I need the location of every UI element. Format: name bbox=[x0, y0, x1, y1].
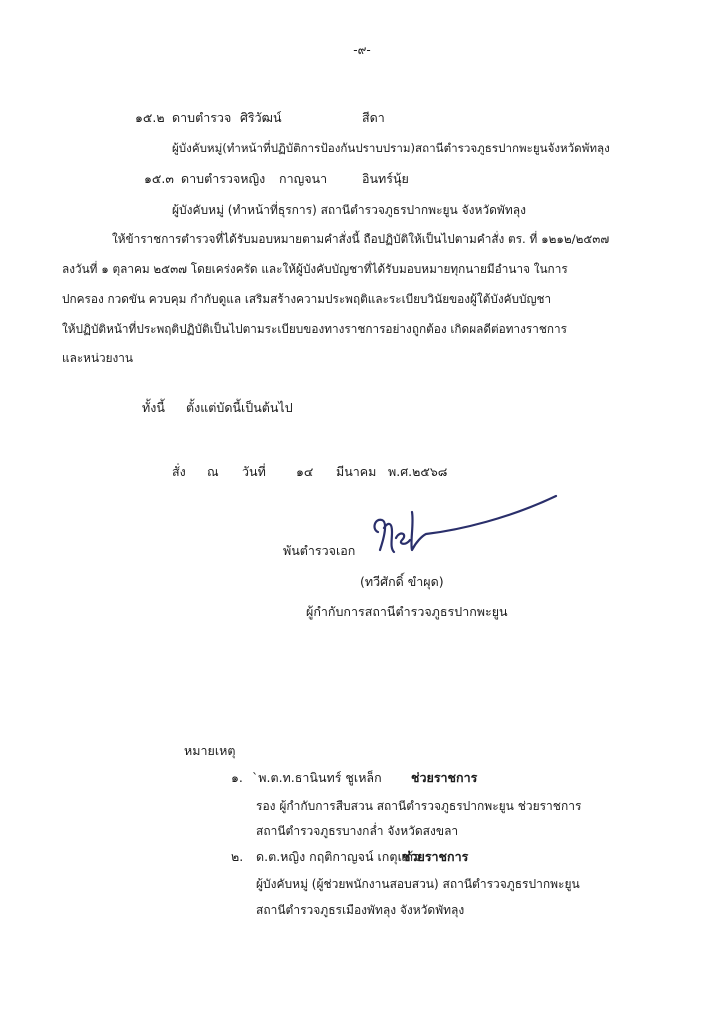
personnel-last-name: สีดา bbox=[362, 112, 385, 125]
personnel-rank: ดาบตำรวจหญิง bbox=[181, 173, 265, 186]
paragraph-line: ให้ปฏิบัติหน้าที่ประพฤติปฏิบัติเป็นไปตาม… bbox=[62, 324, 567, 336]
personnel-first-name: กาญจนา bbox=[279, 173, 327, 186]
order-day: ๑๔ bbox=[296, 466, 313, 479]
order-prefix: สั่ง bbox=[172, 466, 186, 479]
page-number: -๙- bbox=[0, 44, 724, 56]
remark-line: ผู้บังคับหมู่ (ผู้ช่วยพนักงานสอบสวน) สถา… bbox=[256, 878, 580, 890]
remark-number: ๑. bbox=[231, 772, 243, 785]
order-year: พ.ศ.๒๕๖๘ bbox=[388, 466, 447, 479]
paragraph-line: ปกครอง กวดขัน ควบคุม กำกับดูแล เสริมสร้า… bbox=[62, 294, 551, 306]
effective-label: ทั้งนี้ bbox=[142, 402, 165, 415]
personnel-number: ๑๕.๓ bbox=[144, 173, 174, 186]
signatory-name: (ทวีศักดิ์ ขำผุด) bbox=[360, 576, 444, 589]
remarks-label: หมายเหตุ bbox=[184, 745, 235, 758]
personnel-position: ผู้บังคับหมู่ (ทำหน้าที่ธุรการ) สถานีตำร… bbox=[172, 204, 526, 216]
remark-status: ช่วยราชการ bbox=[411, 772, 477, 785]
personnel-number: ๑๕.๒ bbox=[135, 112, 165, 125]
personnel-position: ผู้บังคับหมู่(ทำหน้าที่ปฏิบัติการป้องกัน… bbox=[172, 143, 610, 155]
paragraph-line: และหน่วยงาน bbox=[62, 353, 133, 365]
remark-name: ด.ต.หญิง กฤติกาญจน์ เกตุแก้ว bbox=[256, 851, 420, 864]
signatory-title: ผู้กำกับการสถานีตำรวจภูธรปากพะยูน bbox=[306, 606, 508, 619]
remark-line: สถานีตำรวจภูธรเมืองพัทลุง จังหวัดพัทลุง bbox=[256, 904, 464, 916]
remark-status: ช่วยราชการ bbox=[402, 851, 468, 864]
order-month: มีนาคม bbox=[336, 466, 376, 479]
personnel-last-name: อินทร์นุ้ย bbox=[362, 173, 409, 186]
signatory-rank: พันตำรวจเอก bbox=[283, 545, 355, 558]
personnel-first-name: ศิริวัฒน์ bbox=[240, 112, 282, 125]
remark-line: สถานีตำรวจภูธรบางกล่ำ จังหวัดสงขลา bbox=[256, 825, 458, 837]
order-at: ณ bbox=[207, 466, 219, 479]
paragraph-line: ให้ข้าราชการตำรวจที่ได้รับมอบหมายตามคำสั… bbox=[112, 234, 609, 246]
remark-name: `พ.ต.ท.ธานินทร์ ชูเหล็ก bbox=[252, 772, 382, 785]
order-day-label: วันที่ bbox=[242, 466, 266, 479]
remark-number: ๒. bbox=[231, 851, 243, 864]
handwritten-signature-icon bbox=[370, 490, 560, 565]
paragraph-line: ลงวันที่ ๑ ตุลาคม ๒๕๓๗ โดยเคร่งครัด และใ… bbox=[62, 264, 568, 276]
personnel-rank: ดาบตำรวจ bbox=[172, 112, 231, 125]
effective-text: ตั้งแต่บัดนี้เป็นต้นไป bbox=[186, 402, 293, 415]
remark-line: รอง ผู้กำกับการสืบสวน สถานีตำรวจภูธรปากพ… bbox=[256, 800, 581, 812]
